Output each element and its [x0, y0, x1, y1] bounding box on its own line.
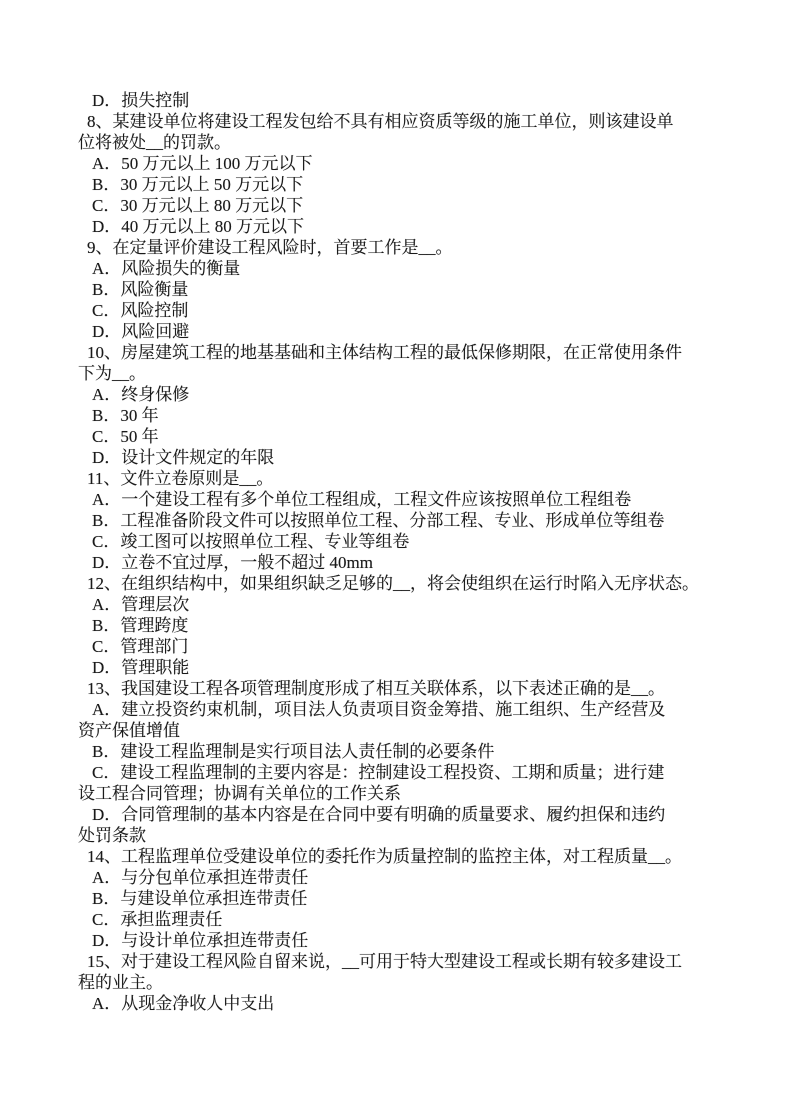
option-line: D．管理职能	[78, 657, 750, 678]
wrap-line: 下为__。	[78, 363, 750, 384]
option-line: A．一个建设工程有多个单位工程组成，工程文件应该按照单位工程组卷	[78, 489, 750, 510]
wrap-line: 处罚条款	[78, 825, 750, 846]
question-line: 14、工程监理单位受建设单位的委托作为质量控制的监控主体，对工程质量__。	[78, 846, 750, 867]
option-line: C．管理部门	[78, 636, 750, 657]
option-line: B．30 年	[78, 405, 750, 426]
option-line: A．与分包单位承担连带责任	[78, 867, 750, 888]
option-line: B．30 万元以上 50 万元以下	[78, 174, 750, 195]
option-line: D．设计文件规定的年限	[78, 447, 750, 468]
option-line: A．50 万元以上 100 万元以下	[78, 153, 750, 174]
option-line: B．风险衡量	[78, 279, 750, 300]
option-line: B．工程准备阶段文件可以按照单位工程、分部工程、专业、形成单位等组卷	[78, 510, 750, 531]
option-line: D．与设计单位承担连带责任	[78, 930, 750, 951]
option-line: A．从现金净收人中支出	[78, 993, 750, 1014]
wrap-line: 程的业主。	[78, 972, 750, 993]
option-line: D．合同管理制的基本内容是在合同中要有明确的质量要求、履约担保和违约	[78, 804, 750, 825]
question-line: 10、房屋建筑工程的地基基础和主体结构工程的最低保修期限，在正常使用条件	[78, 342, 750, 363]
question-line: 11、文件立卷原则是__。	[78, 468, 750, 489]
option-line: D．损失控制	[78, 90, 750, 111]
question-line: 12、在组织结构中，如果组织缺乏足够的__，将会使组织在运行时陷入无序状态。	[78, 573, 750, 594]
option-line: B．建设工程监理制是实行项目法人责任制的必要条件	[78, 741, 750, 762]
question-line: 15、对于建设工程风险自留来说，__可用于特大型建设工程或长期有较多建设工	[78, 951, 750, 972]
question-line: 9、在定量评价建设工程风险时，首要工作是__。	[78, 237, 750, 258]
option-line: C．风险控制	[78, 300, 750, 321]
option-line: A．建立投资约束机制，项目法人负责项目资金筹措、施工组织、生产经营及	[78, 699, 750, 720]
question-line: 13、我国建设工程各项管理制度形成了相互关联体系，以下表述正确的是__。	[78, 678, 750, 699]
option-line: B．管理跨度	[78, 615, 750, 636]
option-line: C．50 年	[78, 426, 750, 447]
option-line: C．竣工图可以按照单位工程、专业等组卷	[78, 531, 750, 552]
wrap-line: 位将被处__的罚款。	[78, 132, 750, 153]
option-line: D．立卷不宜过厚，一般不超过 40mm	[78, 552, 750, 573]
option-line: D．风险回避	[78, 321, 750, 342]
wrap-line: 资产保值增值	[78, 720, 750, 741]
option-line: B．与建设单位承担连带责任	[78, 888, 750, 909]
option-line: C．建设工程监理制的主要内容是：控制建设工程投资、工期和质量；进行建	[78, 762, 750, 783]
option-line: A．管理层次	[78, 594, 750, 615]
option-line: C．30 万元以上 80 万元以下	[78, 195, 750, 216]
option-line: A．风险损失的衡量	[78, 258, 750, 279]
option-line: D．40 万元以上 80 万元以下	[78, 216, 750, 237]
document-body: D．损失控制8、某建设单位将建设工程发包给不具有相应资质等级的施工单位，则该建设…	[78, 90, 750, 1014]
option-line: A．终身保修	[78, 384, 750, 405]
document-page: D．损失控制8、某建设单位将建设工程发包给不具有相应资质等级的施工单位，则该建设…	[0, 0, 792, 1120]
question-line: 8、某建设单位将建设工程发包给不具有相应资质等级的施工单位，则该建设单	[78, 111, 750, 132]
wrap-line: 设工程合同管理；协调有关单位的工作关系	[78, 783, 750, 804]
option-line: C．承担监理责任	[78, 909, 750, 930]
